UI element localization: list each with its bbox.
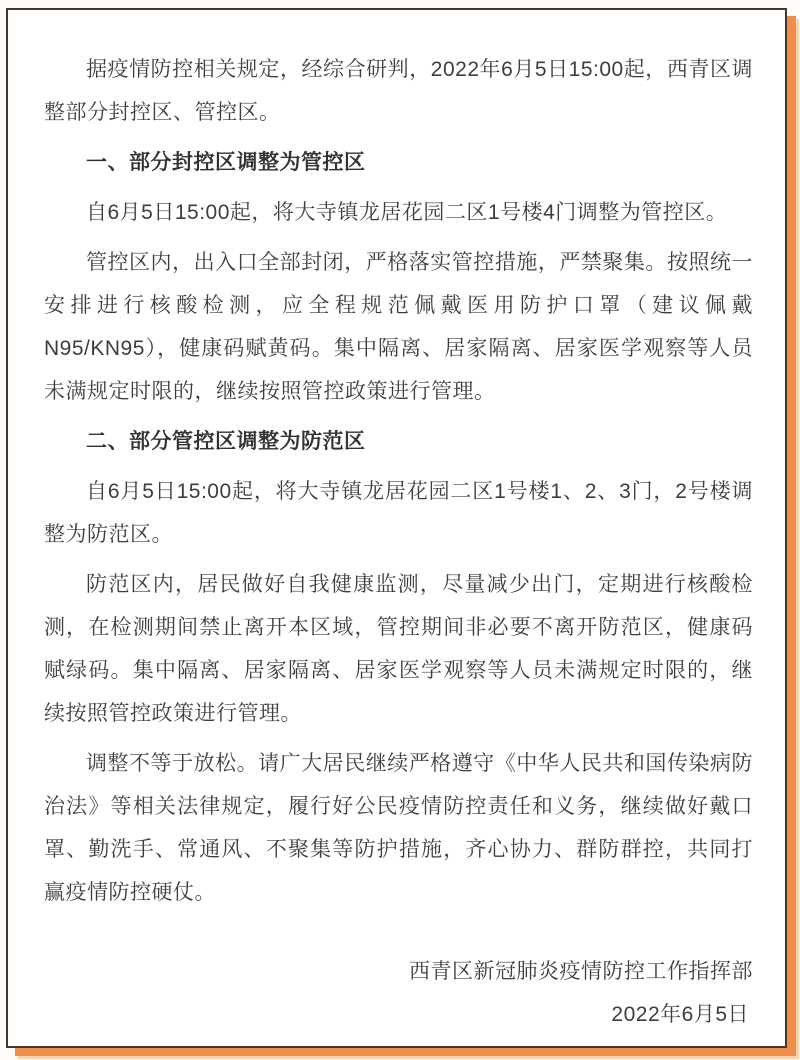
section2-heading: 二、部分管控区调整为防范区 [44, 420, 753, 463]
signature-block: 西青区新冠肺炎疫情防控工作指挥部 2022年6月5日 [44, 950, 753, 1036]
issuing-authority: 西青区新冠肺炎疫情防控工作指挥部 [44, 950, 753, 993]
section1-heading: 一、部分封控区调整为管控区 [44, 141, 753, 184]
intro-paragraph: 据疫情防控相关规定，经综合研判，2022年6月5日15:00起，西青区调整部分封… [44, 48, 753, 134]
closing-paragraph: 调整不等于放松。请广大居民继续严格遵守《中华人民共和国传染病防治法》等相关法律规… [44, 742, 753, 914]
issue-date: 2022年6月5日 [44, 993, 753, 1036]
section2-paragraph-1: 自6月5日15:00起，将大寺镇龙居花园二区1号楼1、2、3门，2号楼调整为防范… [44, 470, 753, 556]
section2-paragraph-2: 防范区内，居民做好自我健康监测，尽量减少出门，定期进行核酸检测，在检测期间禁止离… [44, 563, 753, 735]
notice-document: 据疫情防控相关规定，经综合研判，2022年6月5日15:00起，西青区调整部分封… [6, 8, 787, 1048]
page-background: 据疫情防控相关规定，经综合研判，2022年6月5日15:00起，西青区调整部分封… [0, 0, 800, 1060]
section1-paragraph-2: 管控区内，出入口全部封闭，严格落实管控措施，严禁聚集。按照统一安排进行核酸检测，… [44, 241, 753, 413]
section1-paragraph-1: 自6月5日15:00起，将大寺镇龙居花园二区1号楼4门调整为管控区。 [44, 191, 753, 234]
